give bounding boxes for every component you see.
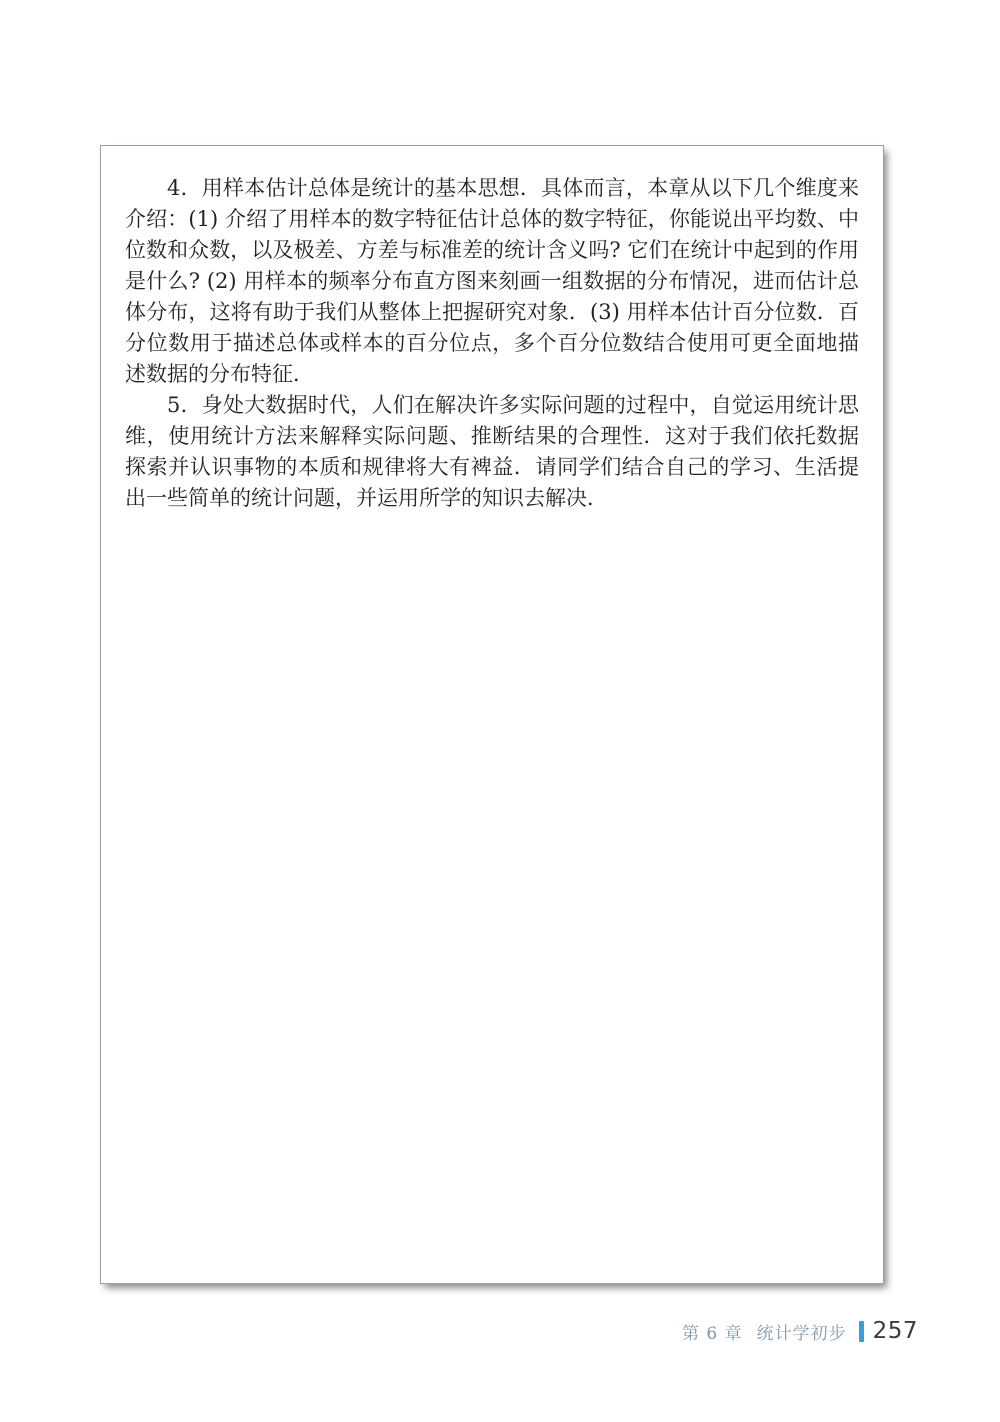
paragraph-4: 4．用样本估计总体是统计的基本思想．具体而言，本章从以下几个维度来介绍：(1) … (125, 173, 859, 390)
chapter-title: 统计学初步 (757, 1319, 847, 1344)
summary-box: 4．用样本估计总体是统计的基本思想．具体而言，本章从以下几个维度来介绍：(1) … (100, 145, 884, 1284)
paragraph-5: 5．身处大数据时代，人们在解决许多实际问题的过程中，自觉运用统计思维，使用统计方… (125, 390, 859, 514)
page-footer: 第 6 章 统计学初步 257 (682, 1316, 918, 1346)
footer-accent-bar (859, 1321, 864, 1342)
chapter-label: 第 6 章 (682, 1319, 743, 1344)
page-number: 257 (873, 1318, 918, 1344)
textbook-page: 4．用样本估计总体是统计的基本思想．具体而言，本章从以下几个维度来介绍：(1) … (0, 0, 1000, 1422)
